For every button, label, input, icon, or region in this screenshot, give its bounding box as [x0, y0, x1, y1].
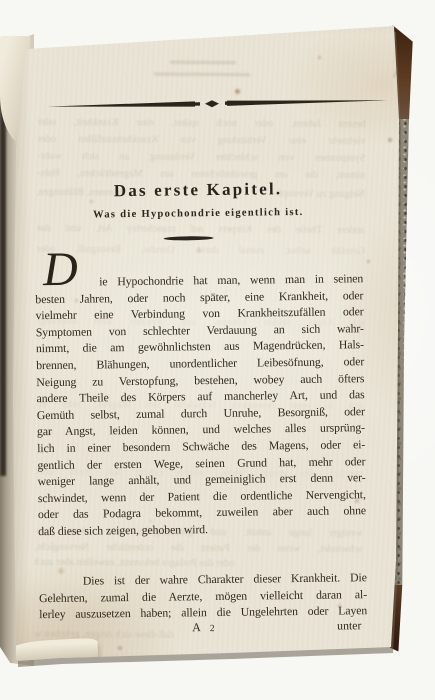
chapter-subtitle: Was die Hypochondrie eigentlich ist.: [34, 206, 362, 221]
chapter-heading: Das erste Kapitel.: [34, 178, 362, 202]
paragraph-2: Dies ist der wahre Charakter dieser Kran…: [39, 569, 368, 623]
catchword: unter: [39, 618, 361, 637]
text-line: daß diese sich zeigen, gehoben wird.: [38, 519, 366, 540]
printed-text-layer: Das erste Kapitel. Was die Hypochondrie …: [0, 0, 435, 700]
binding-shadow: [0, 86, 6, 476]
paragraph-1: ie Hypochondrie hat man, wenn man in sei…: [35, 270, 366, 539]
subtitle-rule: [164, 236, 214, 240]
book-photo: besten Jahren, oder noch später, eine Kr…: [0, 0, 435, 700]
book-page: besten Jahren, oder noch später, eine Kr…: [0, 0, 435, 700]
tapered-rule-ornament: [47, 97, 389, 111]
